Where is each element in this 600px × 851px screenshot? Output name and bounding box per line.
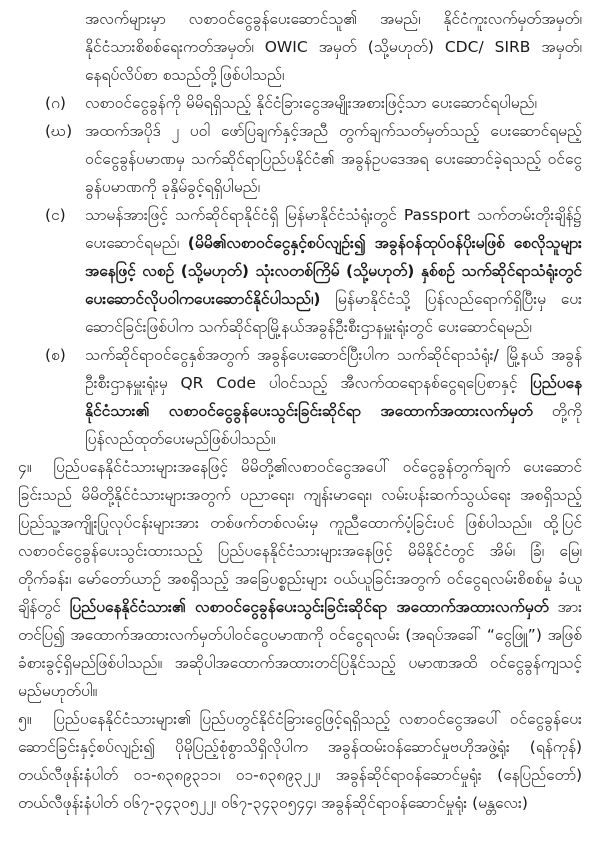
list-item: (ဂ)လစာဝင်ငွေခွန်ကို မိမိရရှိသည့် နိုင်ငံ…	[18, 89, 582, 117]
numbered-paragraph: ၅။ပြည်ပနေနိုင်ငံသားများ၏ ပြည်ပတွင်နိုင်င…	[18, 705, 582, 817]
list-item-marker: (စ)	[45, 341, 66, 369]
document-body: အလက်များမှာ လစာဝင်ငွေခွန်ပေးဆောင်သူ၏ အမည…	[18, 5, 582, 817]
list-item: (ဃ)အထက်အပိုဒ် ၂ ပ၀ါ ဖော်ပြချက်နှင့်အညီ တ…	[18, 117, 582, 201]
text-segment: သက်ဆိုင်ရာဝင်ငွေနှစ်အတွက် အခွန်ပေးဆောင်ပ…	[85, 346, 582, 392]
continuation-paragraph: အလက်များမှာ လစာဝင်ငွေခွန်ပေးဆောင်သူ၏ အမည…	[85, 5, 582, 89]
text-segment: ပြည်ပနေနိုင်ငံသားများအနေဖြင့် မိမိတို့၏လ…	[18, 458, 582, 616]
list-item-marker: (ဂ)	[45, 89, 66, 117]
list-item: (စ)သက်ဆိုင်ရာဝင်ငွေနှစ်အတွက် အခွန်ပေးဆော…	[18, 341, 582, 453]
text-segment: အလက်များမှာ လစာဝင်ငွေခွန်ပေးဆောင်သူ၏ အမည…	[85, 10, 582, 84]
numbered-paragraph: ၄။ပြည်ပနေနိုင်ငံသားများအနေဖြင့် မိမိတို့…	[18, 453, 582, 705]
list-item-marker: (င)	[45, 201, 66, 229]
text-segment: ပြည်ပနေနိုင်ငံသားများ၏ ပြည်ပတွင်နိုင်ငံခ…	[18, 710, 582, 812]
bold-text-segment: ပြည်ပနေနိုင်ငံသား၏ လစာဝင်ငွေခွန်ပေးသွင်း…	[70, 598, 549, 616]
list-item-text: လစာဝင်ငွေခွန်ကို မိမိရရှိသည့် နိုင်ငံခြာ…	[85, 94, 537, 112]
list-item-text: အထက်အပိုဒ် ၂ ပ၀ါ ဖော်ပြချက်နှင့်အညီ တွက်…	[85, 122, 582, 196]
text-segment: လစာဝင်ငွေခွန်ကို မိမိရရှိသည့် နိုင်ငံခြာ…	[85, 94, 537, 112]
paragraph-number: ၅။	[18, 710, 31, 728]
text-segment: အထက်အပိုဒ် ၂ ပ၀ါ ဖော်ပြချက်နှင့်အညီ တွက်…	[85, 122, 582, 196]
document-page: အလက်များမှာ လစာဝင်ငွေခွန်ပေးဆောင်သူ၏ အမည…	[0, 0, 600, 851]
list-item: (င)သာမန်အားဖြင့် သက်ဆိုင်ရာနိုင်ငံရှိ မြ…	[18, 201, 582, 341]
paragraph-number: ၄။	[18, 458, 31, 476]
list-item-text: သာမန်အားဖြင့် သက်ဆိုင်ရာနိုင်ငံရှိ မြန်မ…	[85, 206, 582, 336]
list-item-marker: (ဃ)	[45, 117, 72, 145]
list-item-text: သက်ဆိုင်ရာဝင်ငွေနှစ်အတွက် အခွန်ပေးဆောင်ပ…	[85, 346, 582, 448]
